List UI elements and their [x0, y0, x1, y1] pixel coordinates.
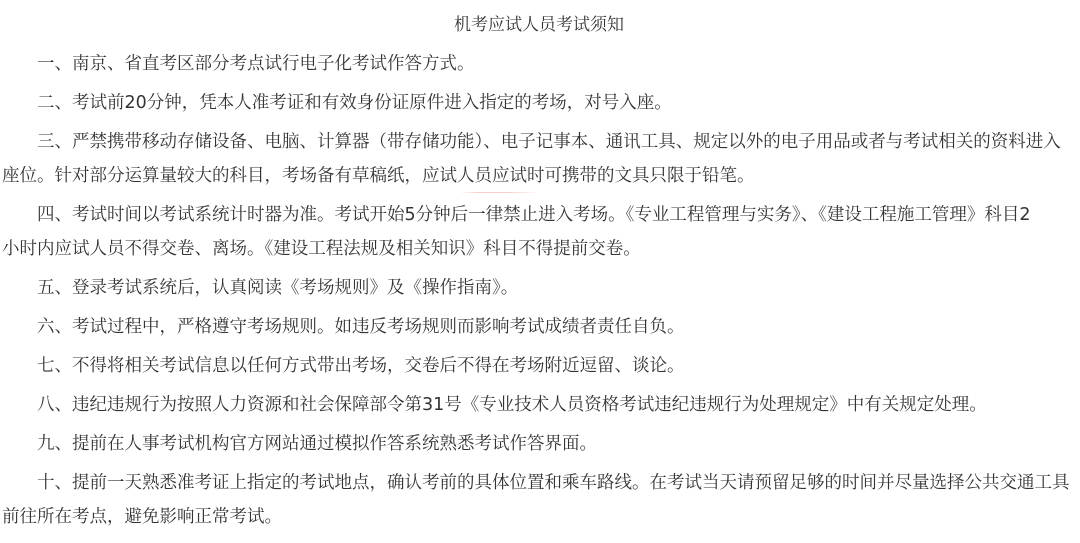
notice-item-10-line-1: 十、提前一天熟悉准考证上指定的考试地点，确认考前的具体位置和乘车路线。在考试当天… [2, 466, 1076, 500]
notice-item-6: 六、考试过程中，严格遵守考场规则。如违反考场规则而影响考试成绩者责任自负。 [2, 310, 1076, 344]
notice-item-3: 三、严禁携带移动存储设备、电脑、计算器（带存储功能）、电子记事本、通讯工具、规定… [2, 125, 1076, 193]
notice-item-5-text: 五、登录考试系统后，认真阅读《考场规则》及《操作指南》。 [2, 271, 1076, 305]
underlined-phrase-1-text: 针对部分运算量较大的科目，考场备有草稿纸， [55, 166, 423, 186]
notice-item-1-text: 一、南京、省直考区部分考点试行电子化考试作答方式。 [2, 47, 1076, 81]
notice-item-4-line-1: 四、考试时间以考试系统计时器为准。考试开始5分钟后一律禁止进入考场。《专业工程管… [2, 198, 1076, 232]
notice-item-3-line-1: 三、严禁携带移动存储设备、电脑、计算器（带存储功能）、电子记事本、通讯工具、规定… [2, 125, 1076, 159]
red-underline-icon [55, 191, 423, 193]
exam-notice-document: 机考应试人员考试须知 一、南京、省直考区部分考点试行电子化考试作答方式。 二、考… [0, 0, 1080, 543]
notice-item-7-text: 七、不得将相关考试信息以任何方式带出考场，交卷后不得在考场附近逗留、谈论。 [2, 349, 1076, 383]
notice-item-9: 九、提前在人事考试机构官方网站通过模拟作答系统熟悉考试作答界面。 [2, 427, 1076, 461]
notice-item-6-text: 六、考试过程中，严格遵守考场规则。如违反考场规则而影响考试成绩者责任自负。 [2, 310, 1076, 344]
notice-item-3-line-2-prefix: 座位。 [2, 166, 55, 186]
notice-item-9-text: 九、提前在人事考试机构官方网站通过模拟作答系统熟悉考试作答界面。 [2, 427, 1076, 461]
underlined-phrase-2-text: 应试人员应试时可携带的文具只限于铅笔。 [422, 166, 755, 186]
notice-item-4: 四、考试时间以考试系统计时器为准。考试开始5分钟后一律禁止进入考场。《专业工程管… [2, 198, 1076, 266]
notice-item-1: 一、南京、省直考区部分考点试行电子化考试作答方式。 [2, 47, 1076, 81]
underlined-phrase-1: 针对部分运算量较大的科目，考场备有草稿纸， [55, 159, 423, 193]
page-title: 机考应试人员考试须知 [2, 8, 1076, 42]
notice-item-4-line-2: 小时内应试人员不得交卷、离场。《建设工程法规及相关知识》科目不得提前交卷。 [2, 232, 1076, 266]
underlined-phrase-2: 应试人员应试时可携带的文具只限于铅笔。 [422, 159, 755, 193]
notice-item-8-text: 八、违纪违规行为按照人力资源和社会保障部令第31号《专业技术人员资格考试违纪违规… [2, 388, 1076, 422]
red-underline-icon [422, 191, 755, 193]
notice-item-3-line-2: 座位。针对部分运算量较大的科目，考场备有草稿纸，应试人员应试时可携带的文具只限于… [2, 159, 1076, 193]
notice-item-5: 五、登录考试系统后，认真阅读《考场规则》及《操作指南》。 [2, 271, 1076, 305]
notice-item-10: 十、提前一天熟悉准考证上指定的考试地点，确认考前的具体位置和乘车路线。在考试当天… [2, 466, 1076, 534]
notice-item-10-line-2: 前往所在考点，避免影响正常考试。 [2, 500, 1076, 534]
notice-item-8: 八、违纪违规行为按照人力资源和社会保障部令第31号《专业技术人员资格考试违纪违规… [2, 388, 1076, 422]
notice-item-2: 二、考试前20分钟，凭本人准考证和有效身份证原件进入指定的考场，对号入座。 [2, 86, 1076, 120]
notice-item-7: 七、不得将相关考试信息以任何方式带出考场，交卷后不得在考场附近逗留、谈论。 [2, 349, 1076, 383]
notice-item-2-text: 二、考试前20分钟，凭本人准考证和有效身份证原件进入指定的考场，对号入座。 [2, 86, 1076, 120]
